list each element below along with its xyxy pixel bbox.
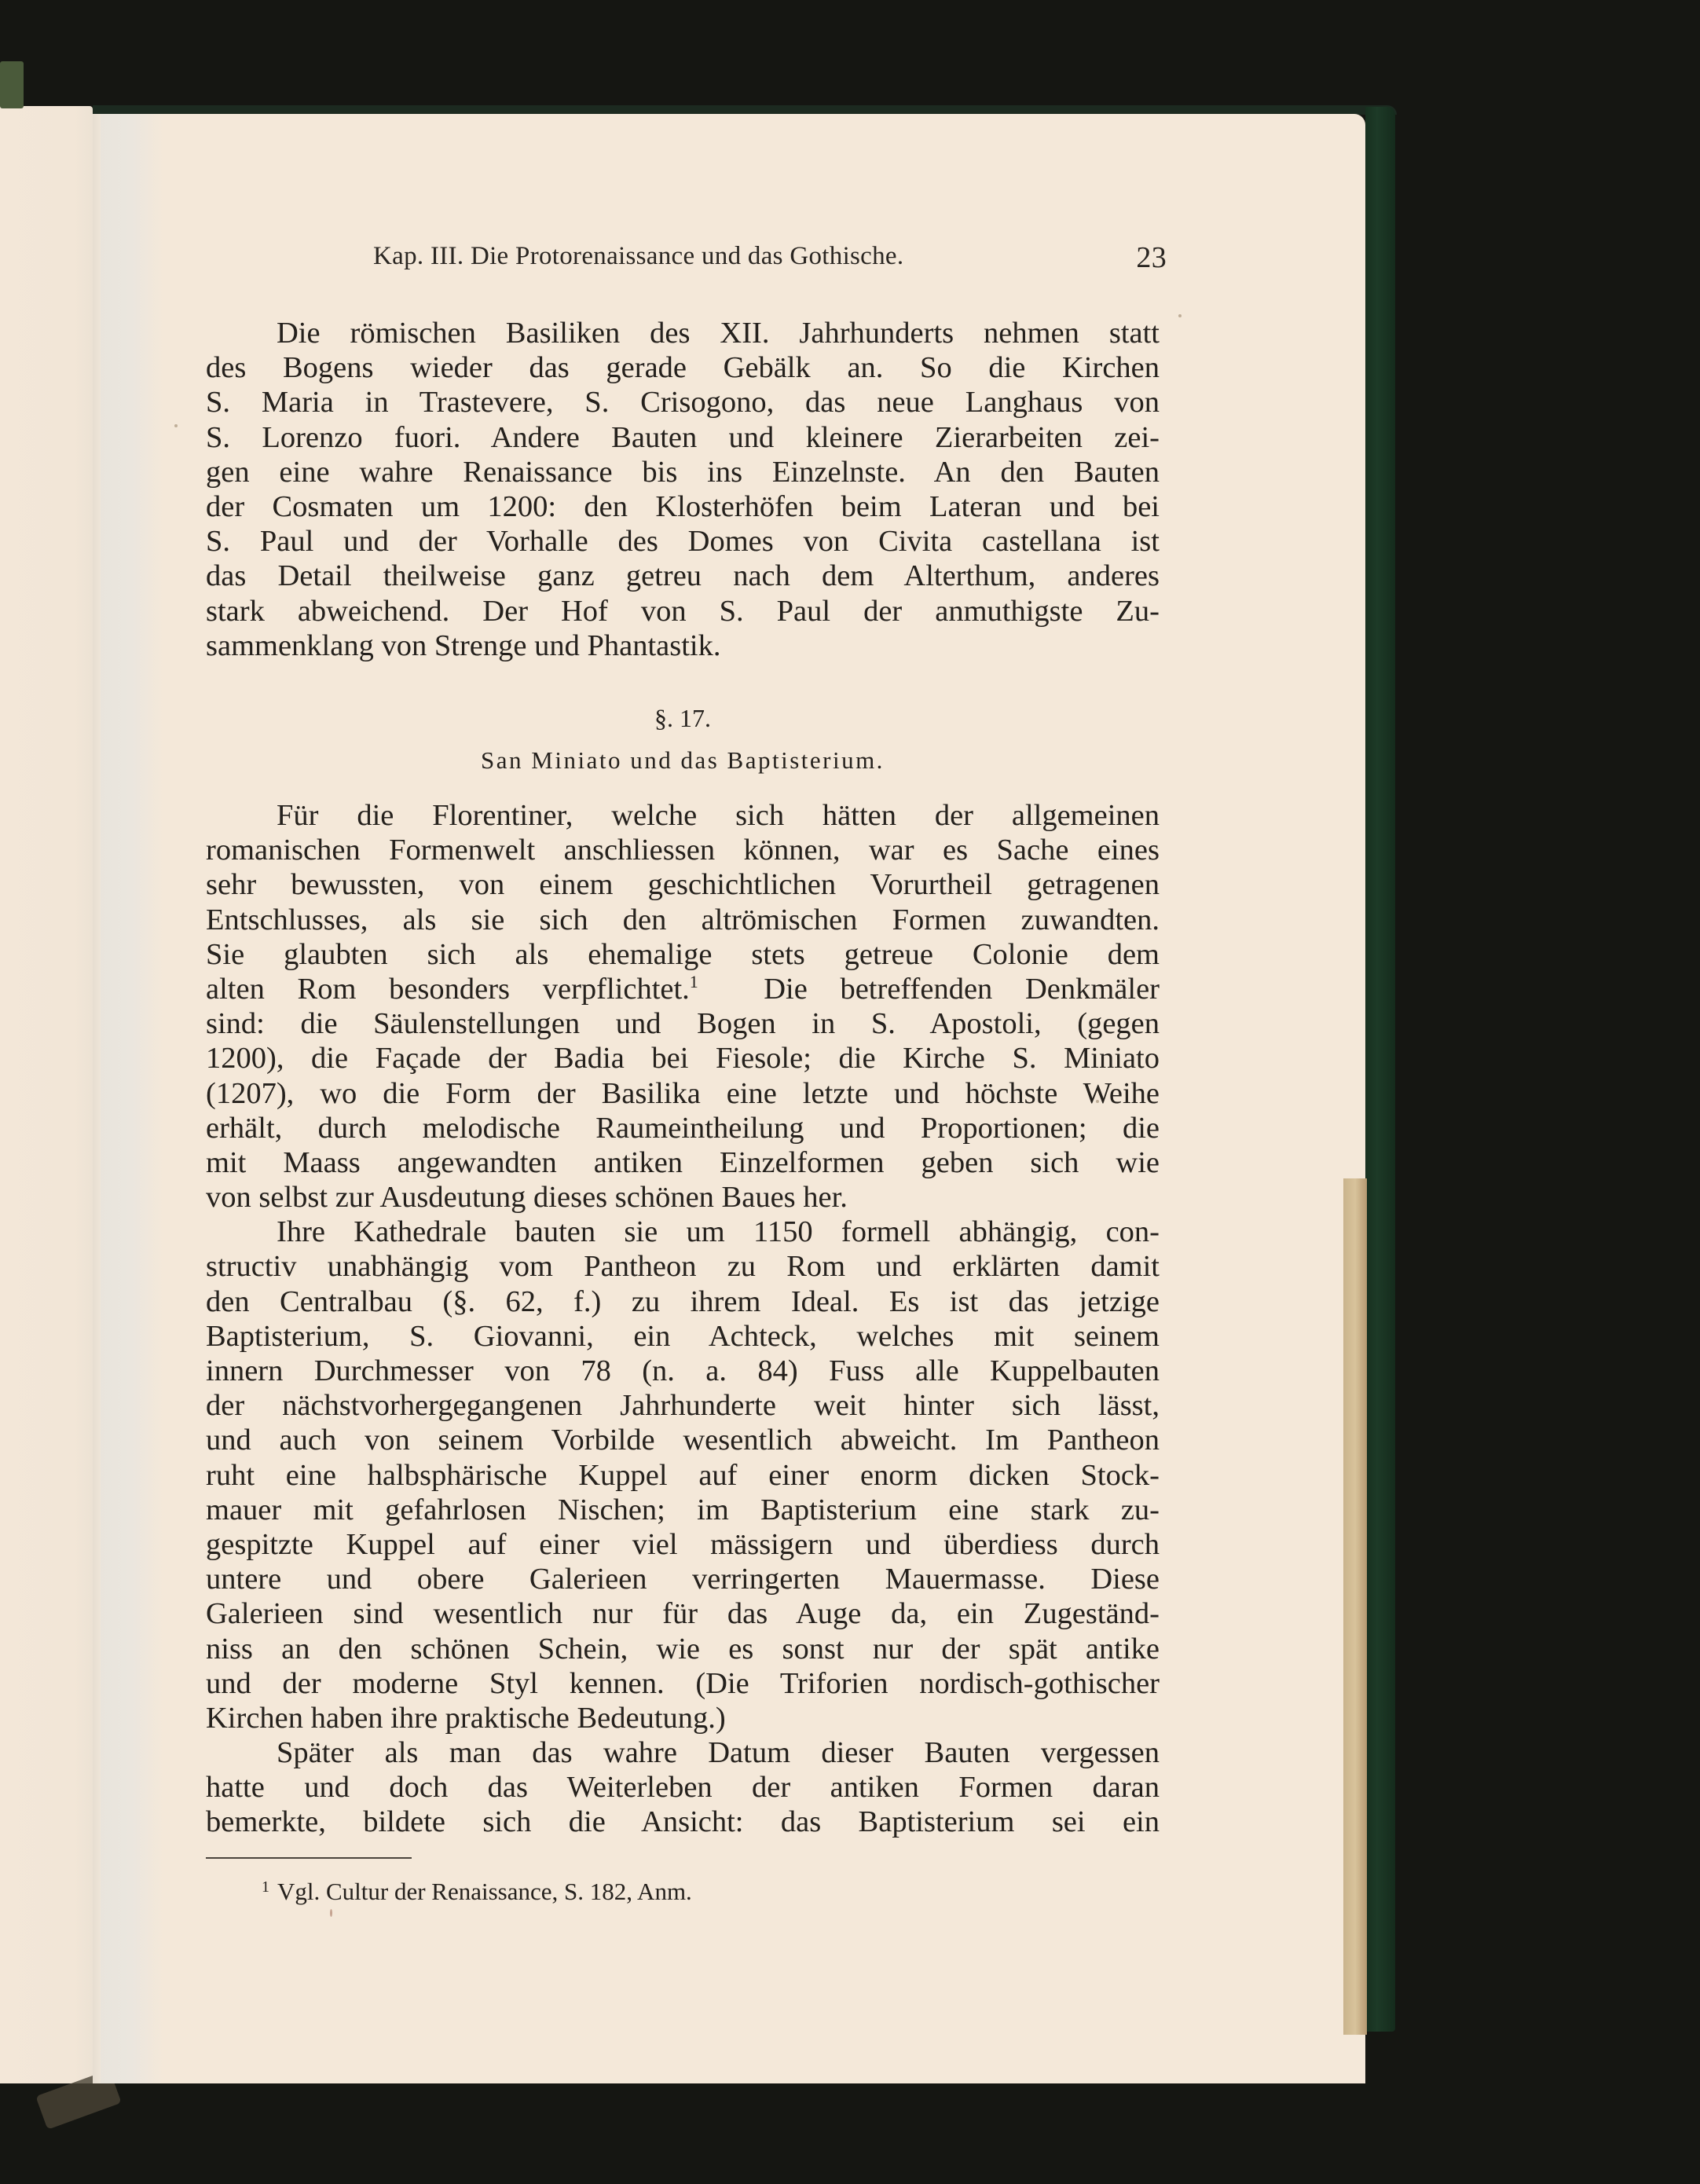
book-cover-edge	[1365, 107, 1395, 2032]
text-segment: Die betreffenden Denkmäler	[764, 973, 1160, 1006]
text-line: ruht eine halbsphärische Kuppel auf eine…	[206, 1458, 1160, 1493]
text-line: innern Durchmesser von 78 (n. a. 84) Fus…	[206, 1354, 1160, 1388]
footnote-reference[interactable]: 1	[690, 972, 698, 991]
text-line: Kirchen haben ihre praktische Bedeutung.…	[206, 1701, 1160, 1735]
text-line: der Cosmaten um 1200: den Klosterhöfen b…	[206, 489, 1160, 524]
text-line: Entschlusses, als sie sich den altrömisc…	[206, 903, 1160, 937]
text-line-with-footnote: alten Rom besonders verpflichtet.1 Die b…	[206, 972, 1160, 1006]
text-line: S. Paul und der Vorhalle des Domes von C…	[206, 524, 1160, 559]
section-title: San Miniato und das Baptisterium.	[206, 746, 1160, 775]
text-line: sind: die Säulenstellungen und Bogen in …	[206, 1006, 1160, 1041]
paper-speck	[174, 424, 178, 427]
text-line: stark abweichend. Der Hof von S. Paul de…	[206, 594, 1160, 628]
intro-paragraph: Die römischen Basiliken des XII. Jahrhun…	[206, 316, 1160, 663]
main-text: Für die Florentiner, welche sich hätten …	[206, 798, 1160, 1840]
text-line: Baptisterium, S. Giovanni, ein Achteck, …	[206, 1319, 1160, 1354]
text-line: und auch von seinem Vorbilde wesentlich …	[206, 1423, 1160, 1457]
text-line: (1207), wo die Form der Basilika eine le…	[206, 1076, 1160, 1111]
gutter-shadow	[93, 114, 163, 2083]
footnote-divider	[206, 1857, 412, 1859]
text-line: mit Maass angewandten antiken Einzelform…	[206, 1145, 1160, 1180]
text-line: 1200), die Façade der Badia bei Fiesole;…	[206, 1041, 1160, 1076]
cover-fragment	[0, 61, 24, 108]
text-line: untere und obere Galerieen verringerten …	[206, 1562, 1160, 1596]
text-line: structiv unabhängig vom Pantheon zu Rom …	[206, 1249, 1160, 1284]
text-line: Galerieen sind wesentlich nur für das Au…	[206, 1596, 1160, 1631]
text-line: von selbst zur Ausdeutung dieses schönen…	[206, 1180, 1160, 1215]
text-segment: alten Rom besonders verpflichtet.	[206, 973, 690, 1006]
paper-speck	[1178, 314, 1182, 317]
text-line: den Centralbau (§. 62, f.) zu ihrem Idea…	[206, 1284, 1160, 1319]
text-line: sammenklang von Strenge und Phantastik.	[206, 628, 1160, 663]
text-line: romanischen Formenwelt anschliessen könn…	[206, 833, 1160, 867]
text-line: Die römischen Basiliken des XII. Jahrhun…	[206, 316, 1160, 350]
page-number: 23	[1136, 240, 1167, 275]
previous-page-edge	[0, 106, 93, 2083]
text-line: des Bogens wieder das gerade Gebälk an. …	[206, 350, 1160, 385]
text-line: S. Lorenzo fuori. Andere Bauten und klei…	[206, 420, 1160, 455]
text-line: hatte und doch das Weiterleben der antik…	[206, 1770, 1160, 1805]
paper-speck	[1096, 1100, 1099, 1103]
section-number: §. 17.	[206, 704, 1160, 733]
text-line: S. Maria in Trastevere, S. Crisogono, da…	[206, 385, 1160, 420]
text-line: gen eine wahre Renaissance bis ins Einze…	[206, 455, 1160, 489]
text-line: Sie glaubten sich als ehemalige stets ge…	[206, 937, 1160, 972]
text-line: niss an den schönen Schein, wie es sonst…	[206, 1632, 1160, 1666]
footnote-text: Vgl. Cultur der Renaissance, S. 182, Anm…	[277, 1878, 692, 1905]
text-line: Ihre Kathedrale bauten sie um 1150 forme…	[206, 1215, 1160, 1249]
text-line: das Detail theilweise ganz getreu nach d…	[206, 559, 1160, 593]
running-head: Kap. III. Die Protorenaissance und das G…	[373, 242, 1167, 281]
running-title: Kap. III. Die Protorenaissance und das G…	[373, 242, 903, 271]
footnote-marker: 1	[262, 1878, 269, 1896]
paper-speck	[330, 1909, 332, 1917]
text-line: Später als man das wahre Datum dieser Ba…	[206, 1735, 1160, 1770]
text-line: erhält, durch melodische Raumeintheilung…	[206, 1111, 1160, 1145]
footnote: 1Vgl. Cultur der Renaissance, S. 182, An…	[262, 1878, 692, 1906]
text-line: gespitzte Kuppel auf einer viel mässiger…	[206, 1527, 1160, 1562]
text-line: sehr bewussten, von einem geschichtliche…	[206, 867, 1160, 902]
text-line: bemerkte, bildete sich die Ansicht: das …	[206, 1805, 1160, 1839]
text-line: Für die Florentiner, welche sich hätten …	[206, 798, 1160, 833]
text-line: und der moderne Styl kennen. (Die Trifor…	[206, 1666, 1160, 1701]
page-edge	[93, 114, 101, 2083]
page-stack-edge	[1343, 1178, 1367, 2035]
text-line: mauer mit gefahrlosen Nischen; im Baptis…	[206, 1493, 1160, 1527]
text-line: der nächstvorhergegangenen Jahrhunderte …	[206, 1388, 1160, 1423]
